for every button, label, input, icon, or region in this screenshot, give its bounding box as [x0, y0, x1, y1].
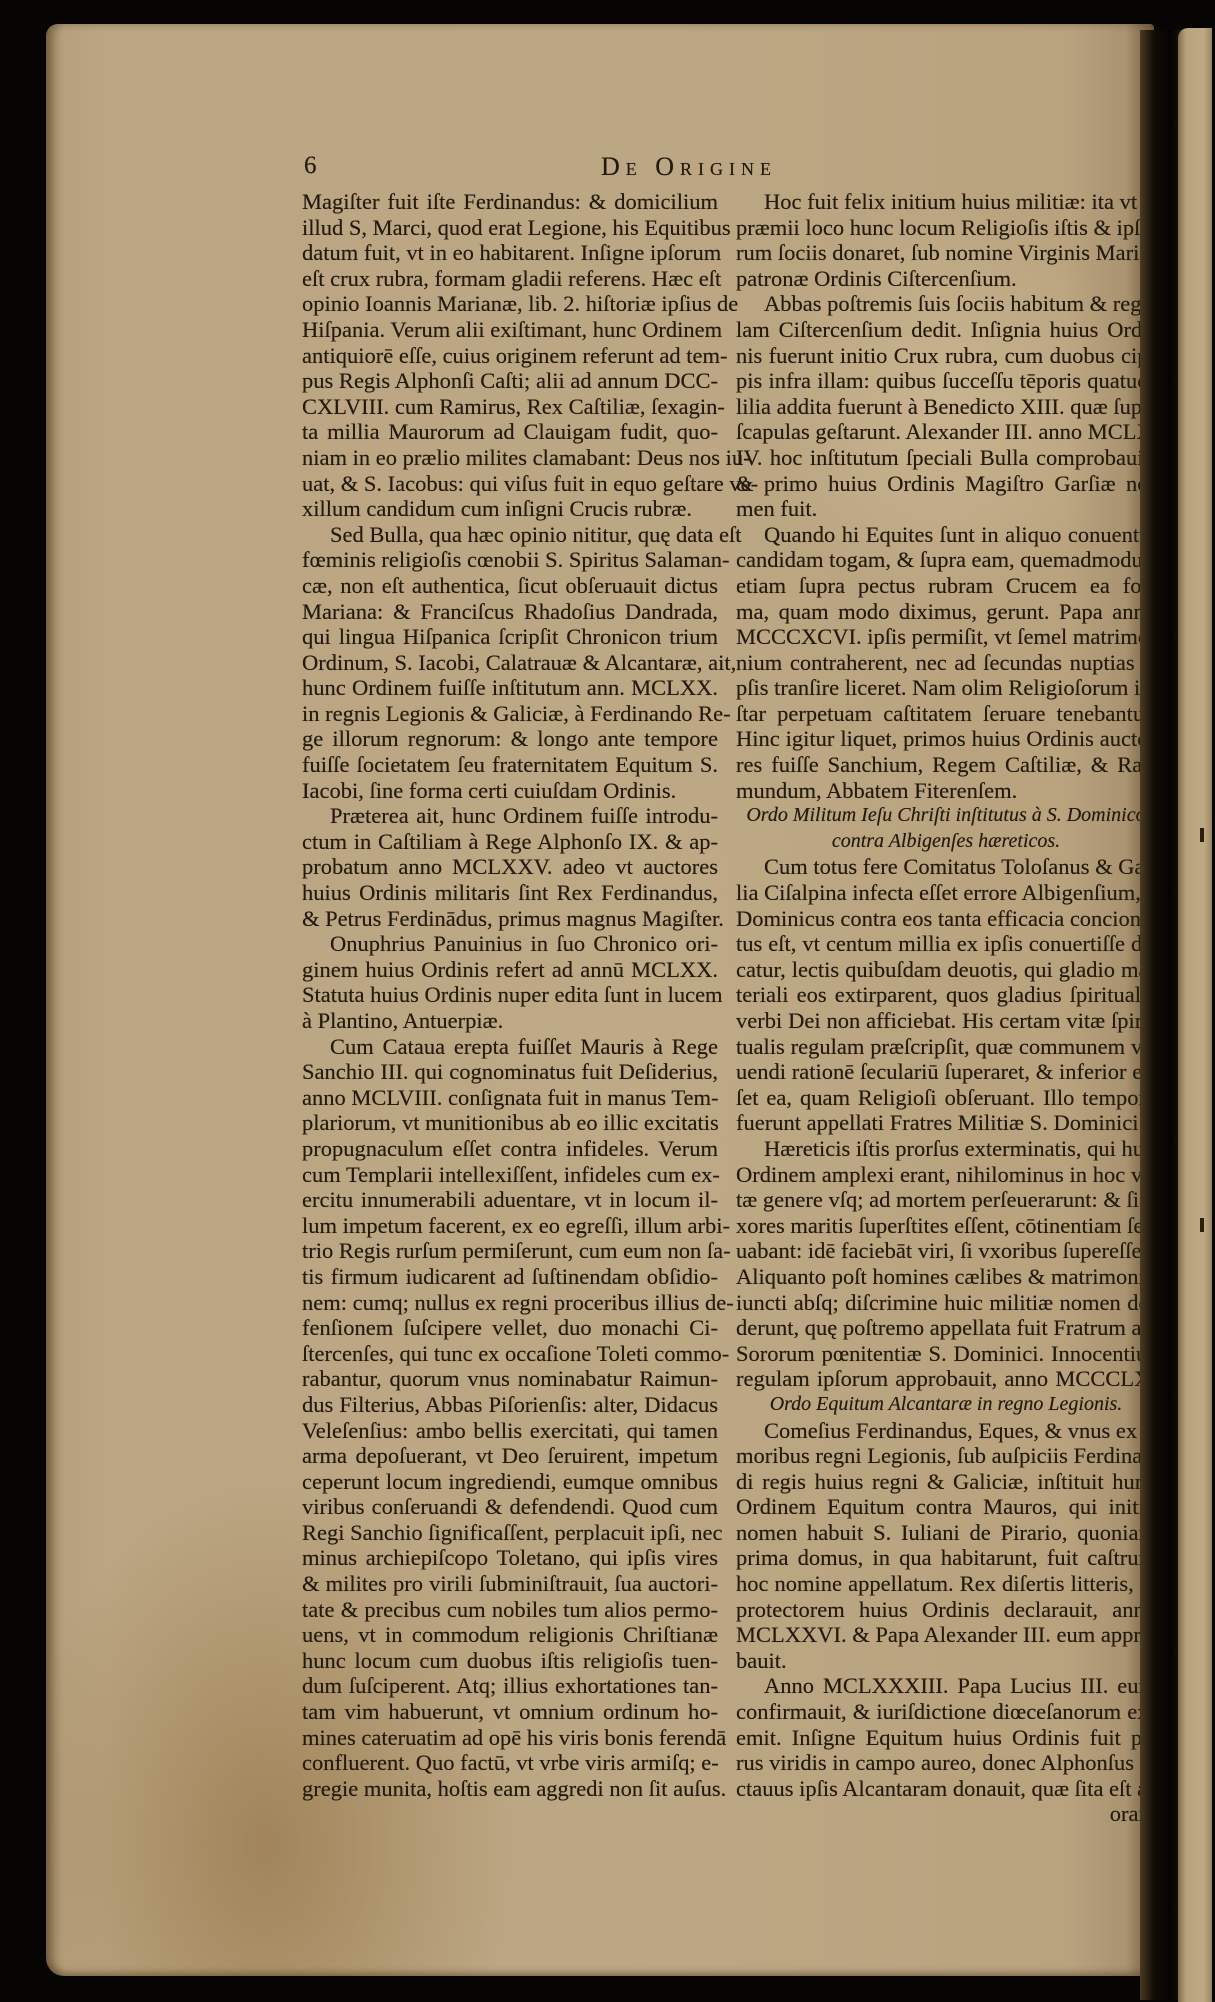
- text-line: illud S, Marci, quod erat Legione, his E…: [302, 215, 718, 241]
- facing-page-edge: [1178, 28, 1212, 2002]
- text-line: ſcapulas geſtarunt. Alexander III. anno …: [736, 419, 1156, 445]
- text-line: pſis tranſire liceret. Nam olim Religioſ…: [736, 675, 1156, 701]
- text-line: xillum candidum cum inſigni Crucis rubræ…: [302, 496, 718, 522]
- facing-page-mark: [1200, 1218, 1204, 1232]
- text-line: fuerunt appellati Fratres Militiæ S. Dom…: [736, 1110, 1156, 1136]
- text-line: & primo huius Ordinis Magiſtro Garſiæ no…: [736, 471, 1156, 497]
- text-line: emit. Inſigne Equitum huius Ordinis fuit…: [736, 1725, 1156, 1751]
- text-line: lum impetum facerent, ex eo egreſſi, ill…: [302, 1213, 718, 1239]
- text-line: antiquiorē eſſe, cuius originem referunt…: [302, 343, 718, 369]
- text-line: Comeſius Ferdinandus, Eques, & vnus ex p…: [736, 1418, 1156, 1444]
- text-line: Hiſpania. Verum alii exiſtimant, hunc Or…: [302, 317, 718, 343]
- text-line: uabant: idē faciebāt viri, ſi vxoribus ſ…: [736, 1238, 1156, 1264]
- scanned-book-spread: 6 De Origine Magiſter fuit iſte Ferdinan…: [0, 0, 1215, 2002]
- text-line: bauit.: [736, 1648, 1156, 1674]
- text-line: hunc Ordinem fuiſſe inſtitutum ann. MCLX…: [302, 675, 718, 701]
- text-line: datum fuit, vt in eo habitarent. Inſigne…: [302, 240, 718, 266]
- text-line: Onuphrius Panuinius in ſuo Chronico ori-: [302, 931, 718, 957]
- text-line: nomen habuit S. Iuliani de Pirario, quon…: [736, 1520, 1156, 1546]
- text-line: fenſionem ſuſcipere vellet, duo monachi …: [302, 1315, 718, 1341]
- text-line: uens, vt in commodum religionis Chriſtia…: [302, 1622, 718, 1648]
- text-line: tus eſt, vt centum millia ex ipſis conue…: [736, 931, 1156, 957]
- text-line: trio Regis rurſum permiſerunt, cum eum n…: [302, 1238, 718, 1264]
- text-line: & Petrus Ferdinādus, primus magnus Magiſ…: [302, 906, 718, 932]
- text-line: ctum in Caſtiliam à Rege Alphonſo IX. & …: [302, 829, 718, 855]
- text-line: tate & precibus cum nobiles tum alios pe…: [302, 1597, 718, 1623]
- text-line: Mariana: & Franciſcus Rhadoſius Dandrada…: [302, 599, 718, 625]
- text-line: Quando hi Equites ſunt in aliquo conuent…: [736, 522, 1156, 548]
- text-line: confluerent. Quo factū, vt vrbe viris ar…: [302, 1750, 718, 1776]
- text-line: Dominicus contra eos tanta efficacia con…: [736, 906, 1156, 932]
- text-line: ta millia Maurorum ad Clauigam fudit, qu…: [302, 419, 718, 445]
- text-line: verbi Dei non afficiebat. His certam vit…: [736, 1008, 1156, 1034]
- text-line: viribus conſeruandi & defendendi. Quod c…: [302, 1494, 718, 1520]
- text-line: opinio Ioannis Marianæ, lib. 2. hiſtoriæ…: [302, 291, 718, 317]
- book-page: 6 De Origine Magiſter fuit iſte Ferdinan…: [46, 24, 1154, 1976]
- text-line: Hoc fuit felix initium huius militiæ: it…: [736, 189, 1156, 215]
- text-line: derunt, quę poſtremo appellata fuit Frat…: [736, 1315, 1156, 1341]
- text-line: men fuit.: [736, 496, 1156, 522]
- text-line: pis infra illam: quibus ſucceſſu tēporis…: [736, 368, 1156, 394]
- facing-page-mark: [1200, 828, 1204, 842]
- text-line: nium contraherent, nec ad ſecundas nupti…: [736, 650, 1156, 676]
- text-line: hunc locum cum duobus iſtis religioſis t…: [302, 1648, 718, 1674]
- text-line: propugnaculum eſſet contra infideles. Ve…: [302, 1136, 718, 1162]
- text-line: etiam ſupra pectus rubram Crucem ea for-: [736, 573, 1156, 599]
- text-line: Ordinem amplexi erant, nihilominus in ho…: [736, 1162, 1156, 1188]
- text-line: oram: [736, 1801, 1156, 1827]
- text-line: arma depoſuerant, vt Deo ſeruirent, impe…: [302, 1443, 718, 1469]
- section-heading-line: contra Albigenſes hæreticos.: [736, 829, 1156, 855]
- text-line: IV. hoc inſtitutum ſpeciali Bulla compro…: [736, 445, 1156, 471]
- text-line: fœminis religioſis cœnobii S. Spiritus S…: [302, 547, 718, 573]
- section-heading-line: Ordo Equitum Alcantaræ in regno Legionis…: [736, 1392, 1156, 1418]
- text-line: catur, lectis quibuſdam deuotis, qui gla…: [736, 957, 1156, 983]
- text-line: Magiſter fuit iſte Ferdinandus: & domici…: [302, 189, 718, 215]
- text-line: eſt crux rubra, formam gladii referens. …: [302, 266, 718, 292]
- text-line: Veleſenſius: ambo bellis exercitati, qui…: [302, 1418, 718, 1444]
- text-line: teriali eos extirparent, quos gladius ſp…: [736, 982, 1156, 1008]
- text-line: ginem huius Ordinis refert ad annū MCLXX…: [302, 957, 718, 983]
- text-line: nem: cumq; nullus ex regni proceribus il…: [302, 1290, 718, 1316]
- text-line: uat, & S. Iacobus: qui viſus fuit in equ…: [302, 471, 718, 497]
- text-line: dus Filterius, Abbas Piſorienſis: alter,…: [302, 1392, 718, 1418]
- running-head: De Origine: [601, 152, 777, 182]
- text-line: Statuta huius Ordinis nuper edita ſunt i…: [302, 982, 718, 1008]
- text-line: res fuiſſe Sanchium, Regem Caſtiliæ, & R…: [736, 752, 1156, 778]
- text-line: ceperunt locum ingrediendi, eumque omnib…: [302, 1469, 718, 1495]
- text-line: qui lingua Hiſpanica ſcripſit Chronicon …: [302, 624, 718, 650]
- text-line: præmii loco hunc locum Religioſis iſtis …: [736, 215, 1156, 241]
- text-line: Aliquanto poſt homines cælibes & matrimo…: [736, 1264, 1156, 1290]
- text-line: Sororum pœnitentiæ S. Dominici. Innocent…: [736, 1341, 1156, 1367]
- text-line: rabantur, quorum vnus nominabatur Raimun…: [302, 1366, 718, 1392]
- text-line: tam vim habuerunt, vt omnium ordinum ho-: [302, 1699, 718, 1725]
- text-line: CXLVIII. cum Ramirus, Rex Caſtiliæ, ſexa…: [302, 394, 718, 420]
- text-line: Hinc igitur liquet, primos huius Ordinis…: [736, 726, 1156, 752]
- text-line: di regis huius regni & Galiciæ, inſtitui…: [736, 1469, 1156, 1495]
- text-line: lam Ciſtercenſium dedit. Inſignia huius …: [736, 317, 1156, 343]
- text-line: hoc nomine appellatum. Rex diſertis litt…: [736, 1571, 1156, 1597]
- text-line: Regi Sanchio ſignificaſſent, perplacuit …: [302, 1520, 718, 1546]
- text-line: tis firmum iudicarent ad ſuſtinendam obſ…: [302, 1264, 718, 1290]
- text-line: Ordinum, S. Iacobi, Calatrauæ & Alcantar…: [302, 650, 718, 676]
- text-line: ſtar perpetuam caſtitatem ſeruare teneba…: [736, 701, 1156, 727]
- text-line: Cum Cataua erepta fuiſſet Mauris à Rege: [302, 1034, 718, 1060]
- text-line: Cum totus fere Comitatus Toloſanus & Gal…: [736, 854, 1156, 880]
- text-line: uendi rationē ſeculariū ſuperaret, & inf…: [736, 1059, 1156, 1085]
- text-line: ma, quam modo diximus, gerunt. Papa anno: [736, 599, 1156, 625]
- text-line: fuiſſe ſocietatem ſeu fraternitatem Equi…: [302, 752, 718, 778]
- text-line: ſet ea, quam Religioſi obſeruant. Illo t…: [736, 1085, 1156, 1111]
- text-line: minus archiepiſcopo Toletano, qui ipſis …: [302, 1545, 718, 1571]
- text-line: Iacobi, ſine forma certi cuiuſdam Ordini…: [302, 778, 718, 804]
- text-line: plariorum, vt munitionibus ab eo illic e…: [302, 1110, 718, 1136]
- text-line: iuncti abſq; diſcrimine huic militiæ nom…: [736, 1290, 1156, 1316]
- right-text-column: Hoc fuit felix initium huius militiæ: it…: [736, 189, 1156, 1827]
- text-line: huius Ordinis militaris ſint Rex Ferdina…: [302, 880, 718, 906]
- text-line: cæ, non eſt authentica, ſicut obſeruauit…: [302, 573, 718, 599]
- text-line: Hæreticis iſtis prorſus exterminatis, qu…: [736, 1136, 1156, 1162]
- text-line: moribus regni Legionis, ſub auſpiciis Fe…: [736, 1443, 1156, 1469]
- text-line: Præterea ait, hunc Ordinem fuiſſe introd…: [302, 803, 718, 829]
- text-line: rus viridis in campo aureo, donec Alphon…: [736, 1750, 1156, 1776]
- text-line: prima domus, in qua habitarunt, fuit caſ…: [736, 1545, 1156, 1571]
- text-line: tæ genere vſq; ad mortem perſeuerarunt: …: [736, 1187, 1156, 1213]
- text-line: dum ſuſciperent. Atq; illius exhortation…: [302, 1673, 718, 1699]
- text-line: Sanchio III. qui cognominatus fuit Deſid…: [302, 1059, 718, 1085]
- text-line: probatum anno MCLXXV. adeo vt auctores: [302, 854, 718, 880]
- text-line: ſtercenſes, qui tunc ex occaſione Toleti…: [302, 1341, 718, 1367]
- left-text-column: Magiſter fuit iſte Ferdinandus: & domici…: [302, 189, 718, 1801]
- text-line: regulam ipſorum approbauit, anno MCCCLX.: [736, 1366, 1156, 1392]
- text-line: ge illorum regnorum: & longo ante tempor…: [302, 726, 718, 752]
- text-line: tualis regulam præſcripſit, quæ communem…: [736, 1034, 1156, 1060]
- text-line: xores maritis ſuperſtites eſſent, cōtine…: [736, 1213, 1156, 1239]
- text-line: lilia addita fuerunt à Benedicto XIII. q…: [736, 394, 1156, 420]
- text-line: & milites pro virili ſubminiſtrauit, ſua…: [302, 1571, 718, 1597]
- text-line: protectorem huius Ordinis declarauit, an…: [736, 1597, 1156, 1623]
- section-heading-line: Ordo Militum Ieſu Chriſti inſtitutus à S…: [736, 803, 1156, 829]
- text-line: Abbas poſtremis ſuis ſociis habitum & re…: [736, 291, 1156, 317]
- text-line: nis fuerunt initio Crux rubra, cum duobu…: [736, 343, 1156, 369]
- text-line: ercitu innumerabili aduentare, vt in loc…: [302, 1187, 718, 1213]
- text-line: mines cateruatim ad opē his viris bonis …: [302, 1725, 718, 1751]
- text-line: MCCCXCVI. ipſis permiſit, vt ſemel matri…: [736, 624, 1156, 650]
- text-line: anno MCLVIII. conſignata fuit in manus T…: [302, 1085, 718, 1111]
- text-line: patronæ Ordinis Ciſtercenſium.: [736, 266, 1156, 292]
- text-line: cum Templarii intellexiſſent, infideles …: [302, 1162, 718, 1188]
- text-line: à Plantino, Antuerpiæ.: [302, 1008, 718, 1034]
- text-line: gregie munita, hoſtis eam aggredi non ſi…: [302, 1776, 718, 1802]
- text-line: pus Regis Alphonſi Caſti; alii ad annum …: [302, 368, 718, 394]
- text-line: niam in eo prælio milites clamabant: Deu…: [302, 445, 718, 471]
- text-line: in regnis Legionis & Galiciæ, à Ferdinan…: [302, 701, 718, 727]
- text-line: candidam togam, & ſupra eam, quemadmodum: [736, 547, 1156, 573]
- text-line: Anno MCLXXXIII. Papa Lucius III. eum: [736, 1673, 1156, 1699]
- text-line: confirmauit, & iuriſdictione diœceſanoru…: [736, 1699, 1156, 1725]
- text-line: MCLXXVI. & Papa Alexander III. eum appro…: [736, 1622, 1156, 1648]
- text-line: ctauus ipſis Alcantaram donauit, quæ ſit…: [736, 1776, 1156, 1802]
- text-line: Sed Bulla, qua hæc opinio nititur, quę d…: [302, 522, 718, 548]
- page-number: 6: [304, 152, 317, 180]
- text-line: Ordinem Equitum contra Mauros, qui initi…: [736, 1494, 1156, 1520]
- text-line: rum ſociis donaret, ſub nomine Virginis …: [736, 240, 1156, 266]
- text-line: lia Ciſalpina infecta eſſet errore Albig…: [736, 880, 1156, 906]
- text-line: mundum, Abbatem Fiterenſem.: [736, 778, 1156, 804]
